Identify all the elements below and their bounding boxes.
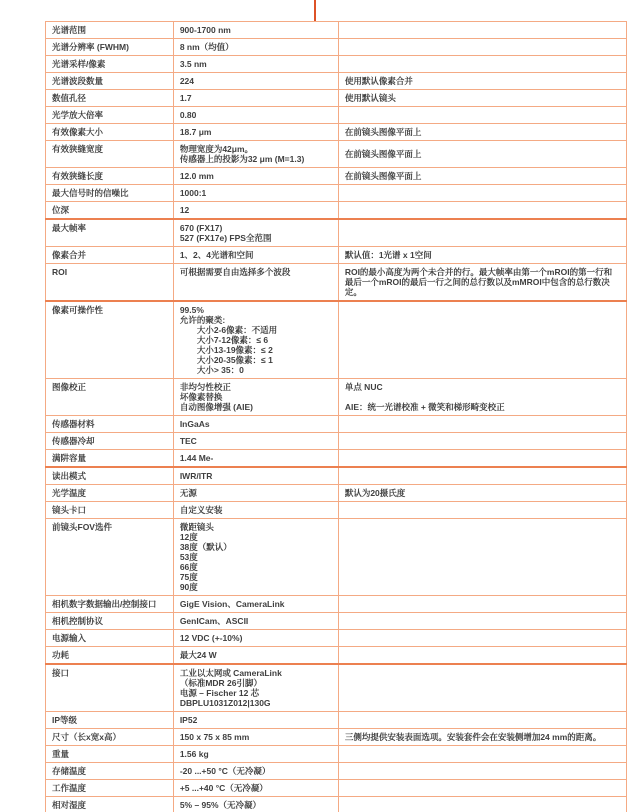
spec-note-cell bbox=[338, 219, 626, 247]
table-row: 工作温度 +5 ...+40 °C（无冷凝） bbox=[46, 780, 627, 797]
spec-name-cell: 尺寸（长x宽x高） bbox=[46, 729, 174, 746]
spec-name-cell: 电源输入 bbox=[46, 630, 174, 647]
spec-name-cell: 位深 bbox=[46, 202, 174, 220]
spec-name-cell: 数值孔径 bbox=[46, 90, 174, 107]
table-row: 图像校正 非均匀性校正 坏像素替换 自动图像增强 (AIE) 单点 NUC AI… bbox=[46, 379, 627, 416]
table-row: 尺寸（长x宽x高） 150 x 75 x 85 mm 三侧均提供安装表面选项。安… bbox=[46, 729, 627, 746]
spec-value-cell: 1、2、4光谱和空间 bbox=[173, 247, 338, 264]
spec-value-cell: 微距镜头 12度 38度（默认） 53度 66度 75度 90度 bbox=[173, 519, 338, 596]
spec-note-cell bbox=[338, 301, 626, 379]
spec-value-cell: 可根据需要自由选择多个波段 bbox=[173, 264, 338, 302]
spec-value-cell: GenICam、ASCII bbox=[173, 613, 338, 630]
spec-name-cell: ROI bbox=[46, 264, 174, 302]
table-row: 读出模式 IWR/ITR bbox=[46, 467, 627, 485]
spec-note-cell bbox=[338, 416, 626, 433]
spec-name-cell: 相机数字数据输出/控制接口 bbox=[46, 596, 174, 613]
spec-value-cell: 无源 bbox=[173, 485, 338, 502]
spec-value-cell: 最大24 W bbox=[173, 647, 338, 665]
page-top-rule bbox=[314, 0, 316, 21]
spec-note-cell bbox=[338, 712, 626, 729]
spec-value-cell: 5% – 95%（无冷凝） bbox=[173, 797, 338, 812]
spec-note-cell: 三侧均提供安装表面选项。安装套件会在安装侧增加24 mm的距离。 bbox=[338, 729, 626, 746]
spec-note-cell bbox=[338, 746, 626, 763]
spec-note-cell bbox=[338, 433, 626, 450]
spec-name-cell: 相机控制协议 bbox=[46, 613, 174, 630]
spec-value-cell: 3.5 nm bbox=[173, 56, 338, 73]
spec-name-cell: 像素合并 bbox=[46, 247, 174, 264]
spec-value-cell: +5 ...+40 °C（无冷凝） bbox=[173, 780, 338, 797]
spec-note-cell: 在前镜头图像平面上 bbox=[338, 141, 626, 168]
table-row: 镜头卡口 自定义安装 bbox=[46, 502, 627, 519]
spec-note-cell bbox=[338, 107, 626, 124]
spec-name-cell: 前镜头FOV选件 bbox=[46, 519, 174, 596]
spec-note-cell: 使用默认像素合并 bbox=[338, 73, 626, 90]
spec-value-cell: 0.80 bbox=[173, 107, 338, 124]
spec-value-cell: 自定义安装 bbox=[173, 502, 338, 519]
table-row: 重量 1.56 kg bbox=[46, 746, 627, 763]
spec-note-cell bbox=[338, 763, 626, 780]
spec-note-cell bbox=[338, 22, 626, 39]
table-row: 位深 12 bbox=[46, 202, 627, 220]
spec-name-cell: 有效狭缝长度 bbox=[46, 168, 174, 185]
spec-note-cell: 默认值：1光谱 x 1空间 bbox=[338, 247, 626, 264]
spec-name-cell: 最大信号时的信噪比 bbox=[46, 185, 174, 202]
spec-value-cell: 8 nm（均值） bbox=[173, 39, 338, 56]
spec-value-cell: 12 VDC (+-10%) bbox=[173, 630, 338, 647]
spec-name-cell: 光谱范围 bbox=[46, 22, 174, 39]
spec-value-cell: 1000:1 bbox=[173, 185, 338, 202]
spec-note-cell bbox=[338, 450, 626, 468]
table-row: 有效狭缝宽度 物理宽度为42μm。 传感器上的投影为32 μm (M=1.3) … bbox=[46, 141, 627, 168]
spec-name-cell: 满阱容量 bbox=[46, 450, 174, 468]
spec-name-cell: 重量 bbox=[46, 746, 174, 763]
table-row: 传感器材料 InGaAs bbox=[46, 416, 627, 433]
spec-value-cell: 1.7 bbox=[173, 90, 338, 107]
spec-note-cell: 单点 NUC AIE：统一光谱校准 + 微笑和梯形畸变校正 bbox=[338, 379, 626, 416]
spec-value-cell: 900-1700 nm bbox=[173, 22, 338, 39]
spec-value-cell: 1.44 Me- bbox=[173, 450, 338, 468]
spec-value-cell: 12.0 mm bbox=[173, 168, 338, 185]
table-row: 光谱范围 900-1700 nm bbox=[46, 22, 627, 39]
spec-note-cell bbox=[338, 664, 626, 712]
spec-name-cell: 光谱分辨率 (FWHM) bbox=[46, 39, 174, 56]
table-row: ROI 可根据需要自由选择多个波段 ROI的最小高度为两个未合并的行。最大帧率由… bbox=[46, 264, 627, 302]
spec-value-cell: 非均匀性校正 坏像素替换 自动图像增强 (AIE) bbox=[173, 379, 338, 416]
table-row: IP等级 IP52 bbox=[46, 712, 627, 729]
spec-table: 光谱范围 900-1700 nm 光谱分辨率 (FWHM) 8 nm（均值） 光… bbox=[45, 21, 627, 812]
table-row: 最大帧率 670 (FX17) 527 (FX17e) FPS全范围 bbox=[46, 219, 627, 247]
spec-name-cell: 传感器冷却 bbox=[46, 433, 174, 450]
spec-value-cell: 670 (FX17) 527 (FX17e) FPS全范围 bbox=[173, 219, 338, 247]
table-row: 有效像素大小 18.7 μm 在前镜头图像平面上 bbox=[46, 124, 627, 141]
spec-name-cell: 读出模式 bbox=[46, 467, 174, 485]
spec-note-cell: 在前镜头图像平面上 bbox=[338, 124, 626, 141]
table-row: 满阱容量 1.44 Me- bbox=[46, 450, 627, 468]
spec-note-cell bbox=[338, 185, 626, 202]
spec-value-cell: GigE Vision、CameraLink bbox=[173, 596, 338, 613]
spec-name-cell: 最大帧率 bbox=[46, 219, 174, 247]
spec-value-cell: TEC bbox=[173, 433, 338, 450]
spec-note-cell: 默认为20摄氏度 bbox=[338, 485, 626, 502]
spec-name-cell: 光学放大倍率 bbox=[46, 107, 174, 124]
table-row: 像素合并 1、2、4光谱和空间 默认值：1光谱 x 1空间 bbox=[46, 247, 627, 264]
table-row: 接口 工业以太网或 CameraLink （标准MDR 26引脚） 电源 – F… bbox=[46, 664, 627, 712]
spec-note-cell bbox=[338, 797, 626, 812]
table-row: 电源输入 12 VDC (+-10%) bbox=[46, 630, 627, 647]
spec-note-cell bbox=[338, 596, 626, 613]
table-row: 数值孔径 1.7 使用默认镜头 bbox=[46, 90, 627, 107]
spec-name-cell: 接口 bbox=[46, 664, 174, 712]
spec-note-cell bbox=[338, 467, 626, 485]
spec-note-cell bbox=[338, 613, 626, 630]
table-row: 光学放大倍率 0.80 bbox=[46, 107, 627, 124]
table-row: 光学温度 无源 默认为20摄氏度 bbox=[46, 485, 627, 502]
spec-name-cell: 图像校正 bbox=[46, 379, 174, 416]
spec-note-cell bbox=[338, 202, 626, 220]
table-row: 传感器冷却 TEC bbox=[46, 433, 627, 450]
spec-note-cell bbox=[338, 502, 626, 519]
table-row: 相对湿度 5% – 95%（无冷凝） bbox=[46, 797, 627, 812]
spec-note-cell bbox=[338, 519, 626, 596]
spec-note-cell bbox=[338, 39, 626, 56]
spec-note-cell: 使用默认镜头 bbox=[338, 90, 626, 107]
spec-name-cell: 存储温度 bbox=[46, 763, 174, 780]
table-row: 有效狭缝长度 12.0 mm 在前镜头图像平面上 bbox=[46, 168, 627, 185]
spec-value-cell: 工业以太网或 CameraLink （标准MDR 26引脚） 电源 – Fisc… bbox=[173, 664, 338, 712]
spec-name-cell: 传感器材料 bbox=[46, 416, 174, 433]
spec-value-cell: 18.7 μm bbox=[173, 124, 338, 141]
table-row: 光谱分辨率 (FWHM) 8 nm（均值） bbox=[46, 39, 627, 56]
spec-name-cell: 光学温度 bbox=[46, 485, 174, 502]
spec-value-cell: 224 bbox=[173, 73, 338, 90]
spec-value-cell: 物理宽度为42μm。 传感器上的投影为32 μm (M=1.3) bbox=[173, 141, 338, 168]
spec-value-cell: 12 bbox=[173, 202, 338, 220]
spec-value-cell: 1.56 kg bbox=[173, 746, 338, 763]
spec-value-cell: 150 x 75 x 85 mm bbox=[173, 729, 338, 746]
spec-value-cell: IWR/ITR bbox=[173, 467, 338, 485]
table-row: 相机数字数据输出/控制接口 GigE Vision、CameraLink bbox=[46, 596, 627, 613]
spec-name-cell: IP等级 bbox=[46, 712, 174, 729]
spec-note-cell: 在前镜头图像平面上 bbox=[338, 168, 626, 185]
spec-name-cell: 镜头卡口 bbox=[46, 502, 174, 519]
spec-name-cell: 有效狭缝宽度 bbox=[46, 141, 174, 168]
spec-name-cell: 相对湿度 bbox=[46, 797, 174, 812]
spec-note-cell: ROI的最小高度为两个未合并的行。最大帧率由第一个mROI的第一行和最后一个mR… bbox=[338, 264, 626, 302]
spec-name-cell: 有效像素大小 bbox=[46, 124, 174, 141]
spec-note-cell bbox=[338, 56, 626, 73]
spec-name-cell: 功耗 bbox=[46, 647, 174, 665]
table-row: 像素可操作性 99.5% 允许的聚类: 大小2-6像素：不适用 大小7-12像素… bbox=[46, 301, 627, 379]
spec-value-cell: -20 ...+50 °C（无冷凝） bbox=[173, 763, 338, 780]
spec-value-cell: 99.5% 允许的聚类: 大小2-6像素：不适用 大小7-12像素：≤ 6 大小… bbox=[173, 301, 338, 379]
spec-note-cell bbox=[338, 647, 626, 665]
table-row: 功耗 最大24 W bbox=[46, 647, 627, 665]
table-row: 光谱采样/像素 3.5 nm bbox=[46, 56, 627, 73]
spec-note-cell bbox=[338, 780, 626, 797]
table-row: 前镜头FOV选件 微距镜头 12度 38度（默认） 53度 66度 75度 90… bbox=[46, 519, 627, 596]
spec-value-cell: InGaAs bbox=[173, 416, 338, 433]
table-row: 存储温度 -20 ...+50 °C（无冷凝） bbox=[46, 763, 627, 780]
spec-name-cell: 光谱采样/像素 bbox=[46, 56, 174, 73]
spec-name-cell: 工作温度 bbox=[46, 780, 174, 797]
table-row: 最大信号时的信噪比 1000:1 bbox=[46, 185, 627, 202]
table-row: 光谱波段数量 224 使用默认像素合并 bbox=[46, 73, 627, 90]
spec-note-cell bbox=[338, 630, 626, 647]
spec-name-cell: 像素可操作性 bbox=[46, 301, 174, 379]
table-row: 相机控制协议 GenICam、ASCII bbox=[46, 613, 627, 630]
spec-name-cell: 光谱波段数量 bbox=[46, 73, 174, 90]
spec-value-cell: IP52 bbox=[173, 712, 338, 729]
spec-table-body: 光谱范围 900-1700 nm 光谱分辨率 (FWHM) 8 nm（均值） 光… bbox=[46, 22, 627, 812]
